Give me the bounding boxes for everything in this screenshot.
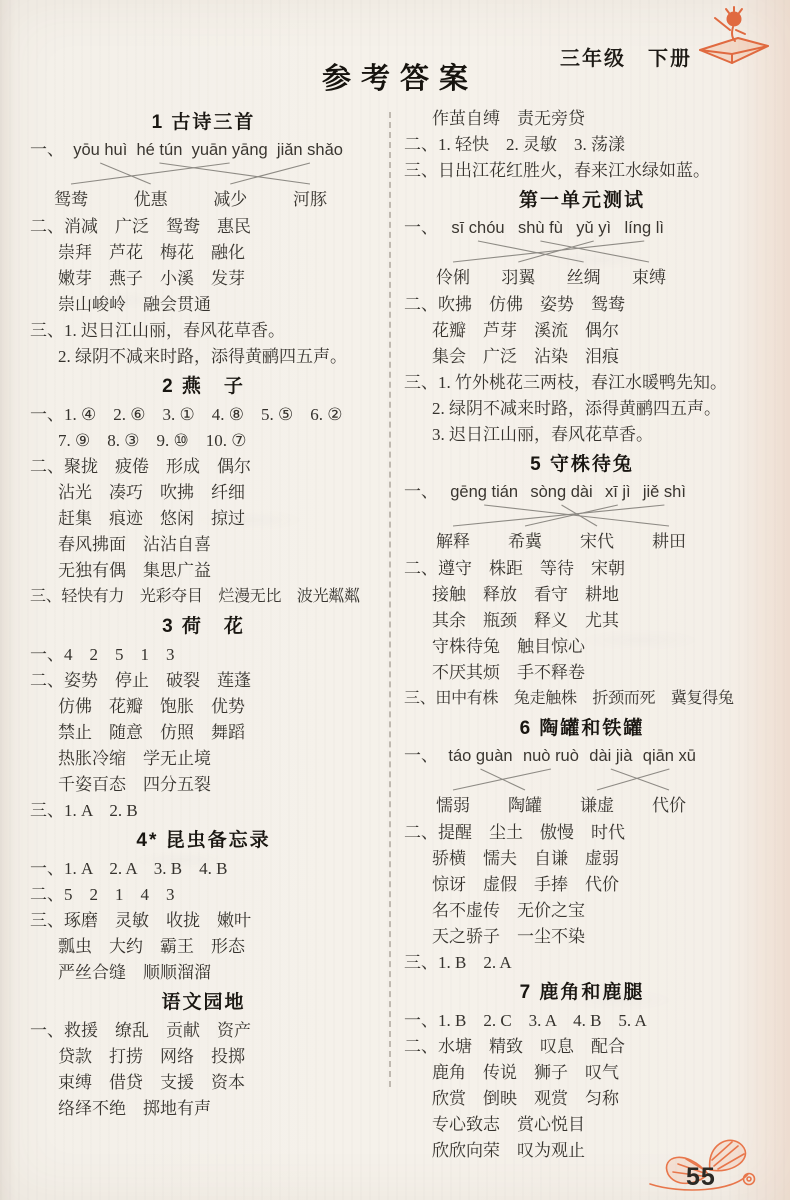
section-heading: 6 陶罐和铁罐 — [404, 714, 760, 743]
answer-line: 集会 广泛 沾染 泪痕 — [404, 344, 760, 370]
word-option: 代价 — [652, 793, 686, 818]
pinyin-row: 一、 yōu huì hé tún yuān yāng jiǎn shǎo — [30, 138, 377, 162]
word-option: 陶罐 — [508, 793, 542, 818]
section-kunchong-beiwanglu: 4* 昆虫备忘录 一、1. A 2. A 3. B 4. B 二、5 2 1 4… — [30, 826, 377, 986]
word-option: 耕田 — [652, 529, 686, 554]
answer-line: 2. 绿阴不减来时路，添得黄鹂四五声。 — [30, 344, 377, 370]
exercise-label: 一、 — [404, 480, 438, 504]
answer-line: 7. ⑨ 8. ③ 9. ⑩ 10. ⑦ — [30, 428, 377, 454]
answer-line: 无独有偶 集思广益 — [30, 558, 377, 584]
matching-exercise: 一、 gēng tián sòng dài xī jì jiě shì 解释 希… — [404, 480, 760, 554]
section-taoguan-tieguan: 6 陶罐和铁罐 一、 táo guàn nuò ruò dài jià qiān… — [404, 714, 760, 976]
pinyin-row: 一、 sī chóu shù fù yǔ yì líng lì — [404, 216, 760, 240]
answer-line: 严丝合缝 顺顺溜溜 — [30, 960, 377, 986]
answer-line: 束缚 借贷 支援 资本 — [30, 1070, 377, 1096]
left-column: 1 古诗三首 一、 yōu huì hé tún yuān yāng jiǎn … — [30, 106, 377, 1122]
pinyin-option: jiě shì — [643, 480, 686, 504]
word-row: 懦弱 陶罐 谦虚 代价 — [404, 793, 760, 818]
answer-line: 三、田中有株 兔走触株 折颈而死 冀复得兔 — [404, 686, 760, 712]
answer-line: 3. 迟日江山丽，春风花草香。 — [404, 422, 760, 448]
pinyin-option: líng lì — [625, 216, 664, 240]
word-row: 鸳鸯 优惠 减少 河豚 — [30, 187, 377, 212]
answer-line: 贷款 打捞 网络 投掷 — [30, 1044, 377, 1070]
answer-line: 二、聚拢 疲倦 形成 偶尔 — [30, 454, 377, 480]
answer-line: 二、水塘 精致 叹息 配合 — [404, 1034, 760, 1060]
section-yuwen-yuandi: 语文园地 一、救援 缭乱 贡献 资产 贷款 打捞 网络 投掷 束缚 借贷 支援 … — [30, 988, 377, 1122]
answer-line: 三、日出江花红胜火，春来江水绿如蓝。 — [404, 158, 760, 184]
answer-line: 二、遵守 株距 等待 宋朝 — [404, 556, 760, 582]
answer-line: 守株待兔 触目惊心 — [404, 634, 760, 660]
answer-line: 崇拜 芦花 梅花 融化 — [30, 240, 377, 266]
word-option: 鸳鸯 — [54, 187, 88, 212]
answer-line: 二、吹拂 仿佛 姿势 鸳鸯 — [404, 292, 760, 318]
matching-exercise: 一、 sī chóu shù fù yǔ yì líng lì 伶俐 羽翼 丝绸… — [404, 216, 760, 290]
pinyin-option: nuò ruò — [523, 744, 579, 768]
word-option: 优惠 — [134, 187, 168, 212]
answer-line: 接触 释放 看守 耕地 — [404, 582, 760, 608]
answer-line: 三、1. A 2. B — [30, 798, 377, 824]
answer-line: 一、1. B 2. C 3. A 4. B 5. A — [404, 1008, 760, 1034]
answer-line: 三、琢磨 灵敏 收拢 嫩叶 — [30, 908, 377, 934]
pinyin-row: 一、 gēng tián sòng dài xī jì jiě shì — [404, 480, 760, 504]
answer-line: 热胀冷缩 学无止境 — [30, 746, 377, 772]
answer-line: 二、5 2 1 4 3 — [30, 882, 377, 908]
pinyin-option: hé tún — [137, 138, 183, 162]
answer-line: 二、提醒 尘土 傲慢 时代 — [404, 820, 760, 846]
answer-line: 三、1. 竹外桃花三两枝，春江水暖鸭先知。 — [404, 370, 760, 396]
answer-line: 三、1. B 2. A — [404, 950, 760, 976]
answer-line: 2. 绿阴不减来时路，添得黄鹂四五声。 — [404, 396, 760, 422]
boy-on-paper-plane-icon — [692, 6, 774, 74]
pinyin-option: sòng dài — [530, 480, 592, 504]
exercise-label: 一、 — [30, 138, 64, 162]
answer-line: 一、4 2 5 1 3 — [30, 642, 377, 668]
answer-line: 二、姿势 停止 破裂 莲蓬 — [30, 668, 377, 694]
answer-key-page: 三年级 下册 参考答案 1 古诗三首 一、 yōu huì hé tún yuā… — [0, 0, 790, 1200]
word-option: 伶俐 — [436, 265, 470, 290]
matching-exercise: 一、 táo guàn nuò ruò dài jià qiān xū 懦弱 陶… — [404, 744, 760, 818]
answer-line: 仿佛 花瓣 饱胀 优势 — [30, 694, 377, 720]
answer-line: 瓢虫 大约 霸王 形态 — [30, 934, 377, 960]
answer-line: 络绎不绝 掷地有声 — [30, 1096, 377, 1122]
section-gushi-sanshou: 1 古诗三首 一、 yōu huì hé tún yuān yāng jiǎn … — [30, 108, 377, 370]
pinyin-option: yuān yāng — [192, 138, 268, 162]
answer-line: 二、消减 广泛 鸳鸯 惠民 — [30, 214, 377, 240]
pinyin-option: sī chóu — [451, 216, 504, 240]
word-option: 丝绸 — [567, 265, 601, 290]
section-heading: 语文园地 — [30, 988, 377, 1017]
answer-line: 欣赏 倒映 观赏 匀称 — [404, 1086, 760, 1112]
section-shouzhu-daitu: 5 守株待兔 一、 gēng tián sòng dài xī jì jiě s… — [404, 450, 760, 712]
answer-line: 惊讶 虚假 手捧 代价 — [404, 872, 760, 898]
answer-line: 花瓣 芦芽 溪流 偶尔 — [404, 318, 760, 344]
pinyin-option: yǔ yì — [576, 216, 611, 240]
page-footer: 55 — [646, 1130, 772, 1194]
pinyin-option: yōu huì — [73, 138, 127, 162]
word-option: 懦弱 — [436, 793, 470, 818]
answer-line: 禁止 随意 仿照 舞蹈 — [30, 720, 377, 746]
word-row: 伶俐 羽翼 丝绸 束缚 — [404, 265, 760, 290]
answer-line: 天之骄子 一尘不染 — [404, 924, 760, 950]
answer-line: 嫩芽 燕子 小溪 发芽 — [30, 266, 377, 292]
pinyin-option: dài jià — [589, 744, 632, 768]
section-heading: 7 鹿角和鹿腿 — [404, 978, 760, 1007]
section-hehua: 3 荷 花 一、4 2 5 1 3 二、姿势 停止 破裂 莲蓬 仿佛 花瓣 饱胀… — [30, 612, 377, 824]
section-heading: 3 荷 花 — [30, 612, 377, 641]
word-option: 羽翼 — [501, 265, 535, 290]
section-yanzi: 2 燕 子 一、1. ④ 2. ⑥ 3. ① 4. ⑧ 5. ⑤ 6. ② 7.… — [30, 372, 377, 610]
answer-line: 名不虚传 无价之宝 — [404, 898, 760, 924]
word-row: 解释 希冀 宋代 耕田 — [404, 529, 760, 554]
section-heading: 第一单元测试 — [404, 186, 760, 215]
pinyin-option: jiǎn shǎo — [277, 138, 343, 162]
answer-line: 作茧自缚 责无旁贷 — [404, 106, 760, 132]
word-option: 减少 — [213, 187, 247, 212]
answer-line: 千姿百态 四分五裂 — [30, 772, 377, 798]
answer-line: 沾光 凑巧 吹拂 纤细 — [30, 480, 377, 506]
pinyin-option: gēng tián — [450, 480, 518, 504]
section-unit1-test: 第一单元测试 一、 sī chóu shù fù yǔ yì líng lì 伶… — [404, 186, 760, 448]
answer-line: 其余 瓶颈 释义 尤其 — [404, 608, 760, 634]
section-heading: 2 燕 子 — [30, 372, 377, 401]
exercise-label: 一、 — [404, 744, 438, 768]
pinyin-option: qiān xū — [643, 744, 696, 768]
pinyin-option: xī jì — [605, 480, 631, 504]
matching-exercise: 一、 yōu huì hé tún yuān yāng jiǎn shǎo 鸳鸯… — [30, 138, 377, 212]
answer-line: 一、救援 缭乱 贡献 资产 — [30, 1018, 377, 1044]
answer-line: 三、轻快有力 光彩夺目 烂漫无比 波光粼粼 — [30, 584, 377, 610]
answer-line: 一、1. A 2. A 3. B 4. B — [30, 856, 377, 882]
answer-line: 一、1. ④ 2. ⑥ 3. ① 4. ⑧ 5. ⑤ 6. ② — [30, 402, 377, 428]
word-option: 河豚 — [293, 187, 327, 212]
word-option: 宋代 — [580, 529, 614, 554]
answer-line: 崇山峻岭 融会贯通 — [30, 292, 377, 318]
answer-line: 二、1. 轻快 2. 灵敏 3. 荡漾 — [404, 132, 760, 158]
answer-line: 春风拂面 沾沾自喜 — [30, 532, 377, 558]
word-option: 谦虚 — [580, 793, 614, 818]
answer-line: 赶集 痕迹 悠闲 掠过 — [30, 506, 377, 532]
word-option: 束缚 — [632, 265, 666, 290]
column-divider — [389, 112, 391, 1087]
section-heading: 5 守株待兔 — [404, 450, 760, 479]
answer-line: 骄横 懦夫 自谦 虚弱 — [404, 846, 760, 872]
right-column: 作茧自缚 责无旁贷 二、1. 轻快 2. 灵敏 3. 荡漾 三、日出江花红胜火，… — [404, 106, 760, 1164]
answer-line: 三、1. 迟日江山丽，春风花草香。 — [30, 318, 377, 344]
section-yuwen-yuandi-continued: 作茧自缚 责无旁贷 二、1. 轻快 2. 灵敏 3. 荡漾 三、日出江花红胜火，… — [404, 106, 760, 184]
section-heading: 4* 昆虫备忘录 — [30, 826, 377, 855]
section-heading: 1 古诗三首 — [30, 108, 377, 137]
answer-line: 鹿角 传说 狮子 叹气 — [404, 1060, 760, 1086]
answer-line: 不厌其烦 手不释卷 — [404, 660, 760, 686]
word-option: 希冀 — [508, 529, 542, 554]
pinyin-option: shù fù — [518, 216, 563, 240]
pinyin-row: 一、 táo guàn nuò ruò dài jià qiān xū — [404, 744, 760, 768]
exercise-label: 一、 — [404, 216, 438, 240]
page-number: 55 — [686, 1164, 716, 1190]
pinyin-option: táo guàn — [448, 744, 512, 768]
page-title: 参考答案 — [0, 66, 790, 92]
word-option: 解释 — [436, 529, 470, 554]
